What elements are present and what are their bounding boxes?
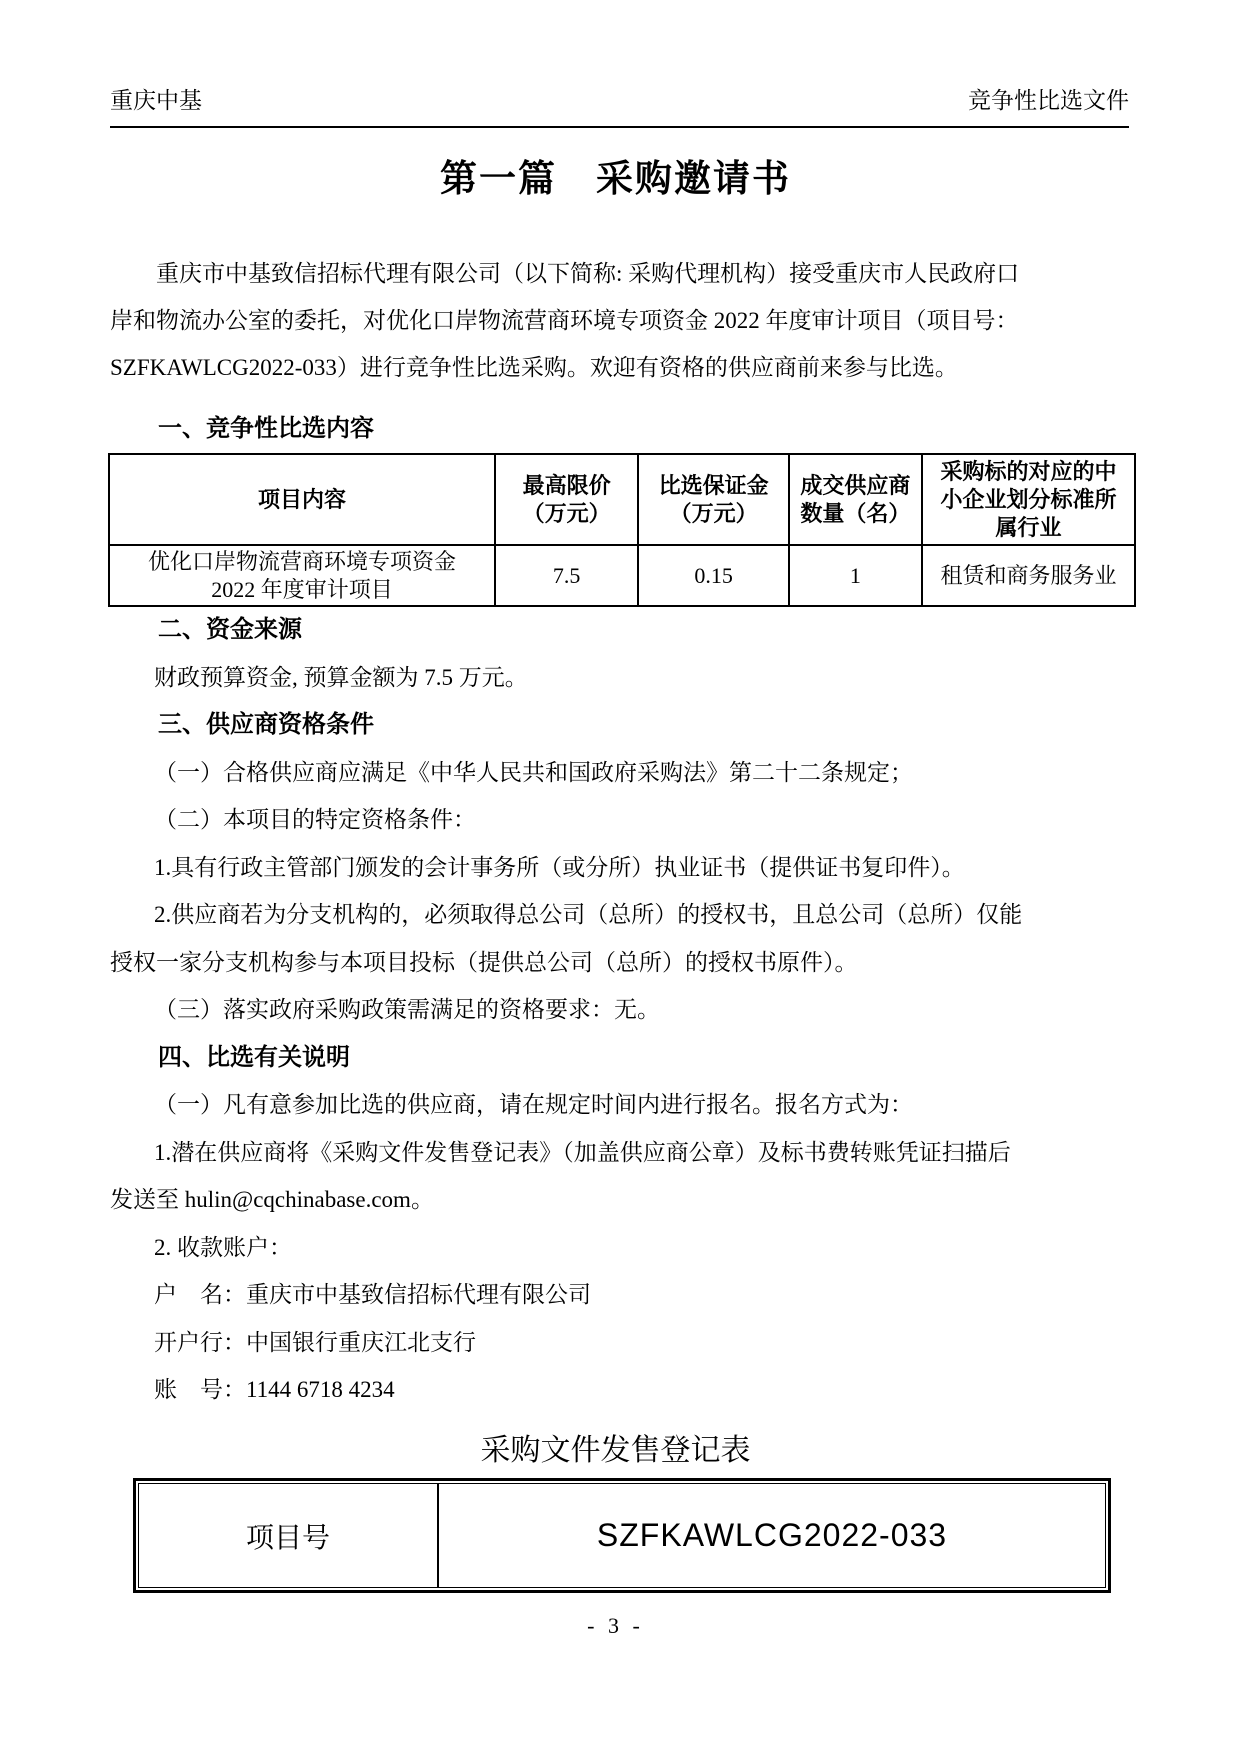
header-divider-rule <box>110 126 1129 128</box>
header-left-text: 重庆中基 <box>110 86 202 116</box>
bank-branch-line: 开户行：中国银行重庆江北支行 <box>110 1319 1136 1367</box>
page-number: - 3 - <box>0 1613 1231 1639</box>
header-right-text: 竞争性比选文件 <box>968 86 1129 116</box>
section4-heading: 四、比选有关说明 <box>110 1034 1136 1082</box>
qualification-item-2-2: 2.供应商若为分支机构的，必须取得总公司（总所）的授权书，且总公司（总所）仅能 … <box>110 891 1136 986</box>
project-number-label: 项目号 <box>139 1484 437 1587</box>
qualification-item-1: （一）合格供应商应满足《中华人民共和国政府采购法》第二十二条规定； <box>110 749 1136 797</box>
registration-form-title: 采购文件发售登记表 <box>0 1425 1231 1469</box>
qualification-item-3: （三）落实政府采购政策需满足的资格要求：无。 <box>110 986 1136 1034</box>
intro-paragraph: 重庆市中基致信招标代理有限公司（以下简称: 采购代理机构）接受重庆市人民政府口 … <box>110 250 1136 391</box>
table-header-project-content: 项目内容 <box>110 455 494 544</box>
table-header-industry: 采购标的对应的中 小企业划分标准所 属行业 <box>921 455 1134 544</box>
document-page: 重庆中基 竞争性比选文件 第一篇 采购邀请书 重庆市中基致信招标代理有限公司（以… <box>0 0 1241 1755</box>
section2-heading: 二、资金来源 <box>110 606 1136 654</box>
qualification-item-2: （二）本项目的特定资格条件： <box>110 796 1136 844</box>
instructions-item-2-account-heading: 2. 收款账户： <box>110 1224 1136 1272</box>
section2-body-funding-source: 财政预算资金, 预算金额为 7.5 万元。 <box>110 654 1136 702</box>
page-title: 第一篇 采购邀请书 <box>0 148 1231 202</box>
document-body: 二、资金来源 财政预算资金, 预算金额为 7.5 万元。 三、供应商资格条件 （… <box>110 606 1136 1414</box>
account-name-line: 户 名：重庆市中基致信招标代理有限公司 <box>110 1271 1136 1319</box>
table-cell-max-price: 7.5 <box>494 544 637 605</box>
instructions-item-1-1-registration-email: 1.潜在供应商将《采购文件发售登记表》（加盖供应商公章）及标书费转账凭证扫描后 … <box>110 1129 1136 1224</box>
table-header-supplier-count: 成交供应商 数量（名） <box>788 455 921 544</box>
account-number-line: 账 号：1144 6718 4234 <box>110 1366 1136 1414</box>
table-cell-project-content: 优化口岸物流营商环境专项资金 2022 年度审计项目 <box>110 544 494 605</box>
table-header-max-price: 最高限价 （万元） <box>494 455 637 544</box>
table-cell-deposit: 0.15 <box>637 544 788 605</box>
project-number-value: SZFKAWLCG2022-033 <box>437 1484 1105 1587</box>
table-header-deposit: 比选保证金 （万元） <box>637 455 788 544</box>
running-header: 重庆中基 竞争性比选文件 <box>110 86 1129 116</box>
registration-form-row: 项目号 SZFKAWLCG2022-033 <box>138 1483 1106 1588</box>
section3-heading: 三、供应商资格条件 <box>110 701 1136 749</box>
qualification-item-2-1: 1.具有行政主管部门颁发的会计事务所（或分所）执业证书（提供证书复印件）。 <box>110 844 1136 892</box>
table-cell-industry: 租赁和商务服务业 <box>921 544 1134 605</box>
comparison-content-table: 项目内容 最高限价 （万元） 比选保证金 （万元） 成交供应商 数量（名） 采购… <box>108 453 1136 607</box>
section1-heading: 一、竞争性比选内容 <box>158 408 374 443</box>
registration-form-table: 项目号 SZFKAWLCG2022-033 <box>133 1478 1111 1593</box>
instructions-item-1: （一）凡有意参加比选的供应商，请在规定时间内进行报名。报名方式为： <box>110 1081 1136 1129</box>
table-cell-supplier-count: 1 <box>788 544 921 605</box>
